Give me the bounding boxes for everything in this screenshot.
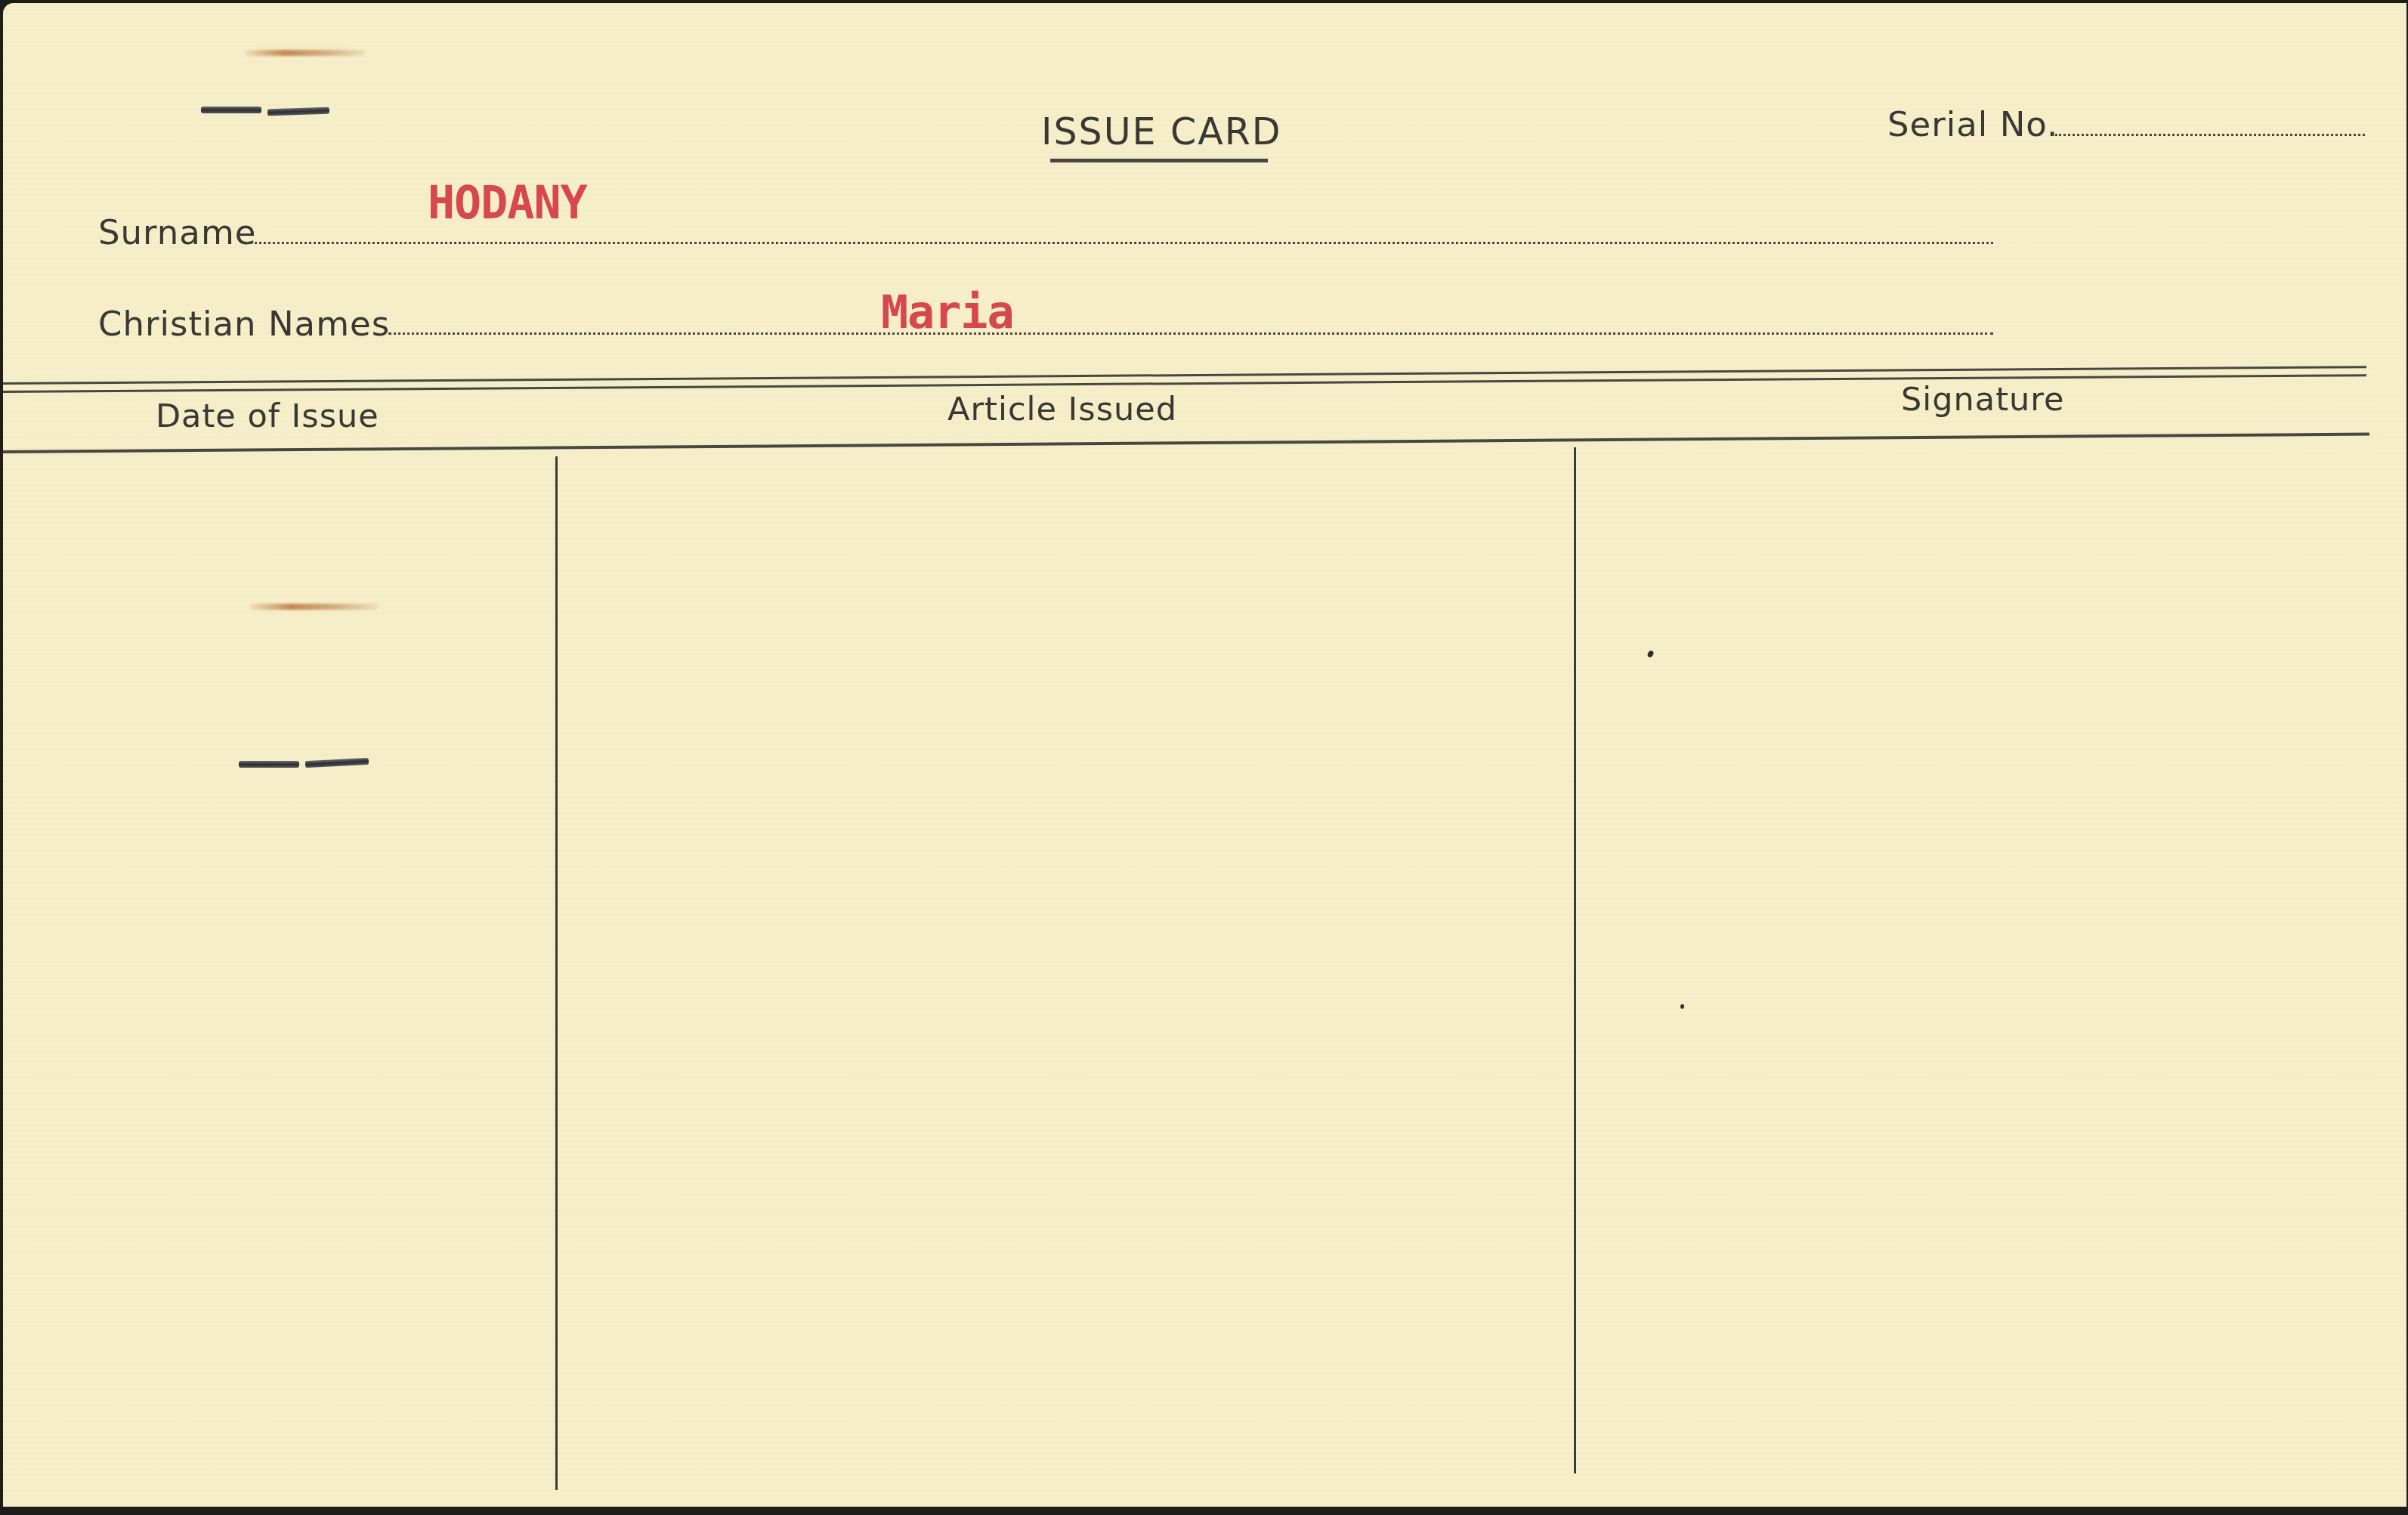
serial-field[interactable] [2055, 134, 2365, 136]
christian-names-value: Maria [881, 286, 1014, 339]
staple-top-right [267, 107, 329, 116]
serial-label: Serial No. [1887, 104, 2058, 144]
rust-mark-top [245, 50, 366, 56]
column-header-signature: Signature [1901, 381, 2064, 419]
column-divider-1 [555, 456, 558, 1490]
table-body-article-column[interactable] [558, 456, 1574, 1499]
table-body-signature-column[interactable] [1577, 449, 2406, 1499]
surname-field[interactable] [246, 242, 1993, 244]
christian-names-field[interactable] [388, 332, 1993, 335]
staple-top-left [201, 107, 261, 113]
christian-names-label: Christian Names [98, 304, 390, 344]
issue-card: ISSUE CARD Serial No. Surname HODANY Chr… [3, 3, 2406, 1507]
column-header-article: Article Issued [947, 391, 1177, 428]
column-divider-2 [1574, 447, 1576, 1473]
column-header-date: Date of Issue [156, 397, 379, 435]
surname-label: Surname [98, 212, 256, 252]
table-body-date-column[interactable] [3, 456, 555, 1499]
card-title: ISSUE CARD [1041, 110, 1282, 153]
surname-value: HODANY [428, 177, 587, 230]
title-underline [1050, 159, 1268, 162]
